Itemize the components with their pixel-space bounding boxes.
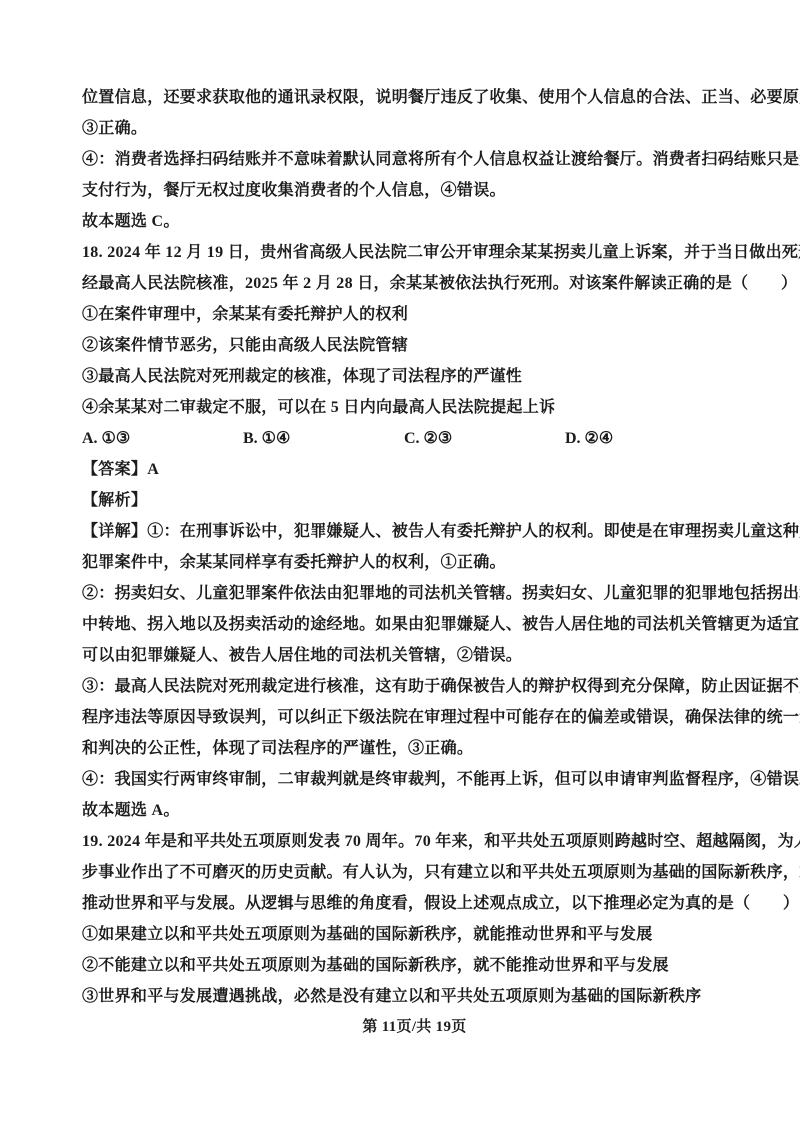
q18-stem-line: 18. 2024 年 12 月 19 日，贵州省高级人民法院二审公开审理余某某拐… — [82, 237, 747, 268]
q18-option-b: B. ①④ — [243, 423, 404, 454]
q18-statement-1: ①在案件审理中，余某某有委托辩护人的权利 — [82, 299, 747, 330]
q19-stem-line: 步事业作出了不可磨灭的历史贡献。有人认为，只有建立以和平共处五项原则为基础的国际… — [82, 857, 747, 888]
q19-stem-line: 19. 2024 年是和平共处五项原则发表 70 周年。70 年来，和平共处五项… — [82, 826, 747, 857]
q18-detail-line: ②：拐卖妇女、儿童犯罪案件依法由犯罪地的司法机关管辖。拐卖妇女、儿童犯罪的犯罪地… — [82, 578, 747, 609]
q17-analysis-line: 位置信息，还要求获取他的通讯录权限，说明餐厅违反了收集、使用个人信息的合法、正当… — [82, 82, 747, 113]
q18-answer-line: 【答案】A — [82, 454, 747, 485]
q19-statement-3: ③世界和平与发展遭遇挑战，必然是没有建立以和平共处五项原则为基础的国际新秩序 — [82, 981, 747, 1012]
q19-statement-2: ②不能建立以和平共处五项原则为基础的国际新秩序，就不能推动世界和平与发展 — [82, 950, 747, 981]
q18-option-d: D. ②④ — [565, 423, 726, 454]
q18-option-c: C. ②③ — [404, 423, 565, 454]
q18-statement-4: ④余某某对二审裁定不服，可以在 5 日内向最高人民法院提起上诉 — [82, 392, 747, 423]
q19-statement-1: ①如果建立以和平共处五项原则为基础的国际新秩序，就能推动世界和平与发展 — [82, 919, 747, 950]
q18-detail-line: 犯罪案件中，余某某同样享有委托辩护人的权利，①正确。 — [82, 547, 747, 578]
document-page: 位置信息，还要求获取他的通讯录权限，说明餐厅违反了收集、使用个人信息的合法、正当… — [0, 0, 800, 1132]
q18-option-a: A. ①③ — [82, 423, 243, 454]
q18-detail-line: 和判决的公正性，体现了司法程序的严谨性，③正确。 — [82, 733, 747, 764]
q17-analysis-line: ④：消费者选择扫码结账并不意味着默认同意将所有个人信息权益让渡给餐厅。消费者扫码… — [82, 144, 747, 175]
q17-analysis-line: ③正确。 — [82, 113, 747, 144]
q18-detail-line: ③：最高人民法院对死刑裁定进行核准，这有助于确保被告人的辩护权得到充分保障，防止… — [82, 671, 747, 702]
q18-detail-line: 中转地、拐入地以及拐卖活动的途经地。如果由犯罪嫌疑人、被告人居住地的司法机关管辖… — [82, 609, 747, 640]
q18-analysis-heading: 【解析】 — [82, 485, 747, 516]
q17-analysis-line: 支付行为，餐厅无权过度收集消费者的个人信息，④错误。 — [82, 175, 747, 206]
q17-conclusion-line: 故本题选 C。 — [82, 206, 747, 237]
q19-stem-line: 推动世界和平与发展。从逻辑与思维的角度看，假设上述观点成立，以下推理必定为真的是… — [82, 888, 747, 919]
q18-statement-2: ②该案件情节恶劣，只能由高级人民法院管辖 — [82, 330, 747, 361]
q18-stem-line: 经最高人民法院核准，2025 年 2 月 28 日，余某某被依法执行死刑。对该案… — [82, 268, 747, 299]
q18-detail-line: 【详解】①：在刑事诉讼中，犯罪嫌疑人、被告人有委托辩护人的权利。即使是在审理拐卖… — [82, 516, 747, 547]
page-number-footer: 第 11页/共 19页 — [82, 1012, 747, 1043]
q18-options-row: A. ①③ B. ①④ C. ②③ D. ②④ — [82, 423, 747, 454]
q18-detail-line: 可以由犯罪嫌疑人、被告人居住地的司法机关管辖，②错误。 — [82, 640, 747, 671]
q18-detail-line: 程序违法等原因导致误判，可以纠正下级法院在审理过程中可能存在的偏差或错误，确保法… — [82, 702, 747, 733]
q18-statement-3: ③最高人民法院对死刑裁定的核准，体现了司法程序的严谨性 — [82, 361, 747, 392]
q18-detail-line: ④：我国实行两审终审制，二审裁判就是终审裁判，不能再上诉，但可以申请审判监督程序… — [82, 764, 747, 795]
q18-conclusion-line: 故本题选 A。 — [82, 795, 747, 826]
